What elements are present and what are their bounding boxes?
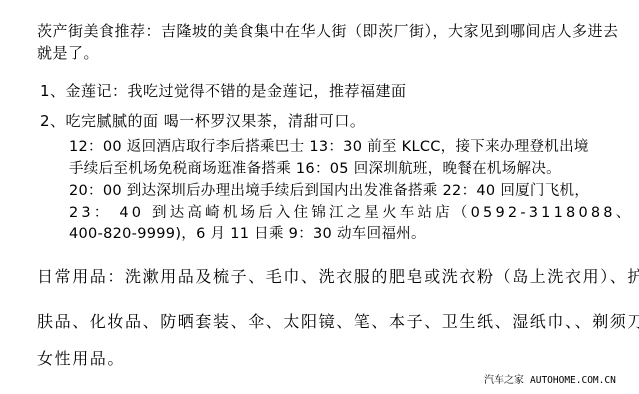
intro-line-2: 就是了。 bbox=[37, 44, 99, 62]
intro-line-1: 茨产街美食推荐：吉隆坡的美食集中在华人街（即茨厂街），大家见到哪间店人多进去 bbox=[37, 22, 619, 40]
daily-items-line-3: 女性用品。 bbox=[37, 350, 125, 368]
watermark: 汽车之家AUTOHOME.COM.CN bbox=[484, 375, 616, 387]
daily-items-line-2: 肤品、化妆品、防晒套装、伞、太阳镜、笔、本子、卫生纸、湿纸巾、、剃须刀、 bbox=[37, 313, 639, 331]
watermark-en: AUTOHOME.COM.CN bbox=[530, 375, 616, 386]
itinerary-line-4: 23： 40 到达高崎机场后入住锦江之星火车站店（0592-3118088、 bbox=[69, 204, 633, 222]
itinerary-line-2: 手续后至机场免税商场逛准备搭乘 16：05 回深圳航班，晚餐在机场解决。 bbox=[69, 160, 561, 178]
list-item-1: 1、金莲记：我吃过觉得不错的是金莲记，推荐福建面 bbox=[40, 82, 407, 100]
itinerary-line-3: 20：00 到达深圳后办理出境手续后到国内出发准备搭乘 22：40 回厦门飞机， bbox=[69, 182, 589, 200]
daily-items-line-1: 日常用品：洗漱用品及梳子、毛巾、洗衣服的肥皂或洗衣粉（岛上洗衣用）、护 bbox=[37, 268, 639, 286]
itinerary-line-5: 400-820-9999)，6 月 11 日乘 9：30 动车回福州。 bbox=[69, 225, 426, 243]
itinerary-line-1: 12：00 返回酒店取行李后搭乘巴士 13：30 前至 KLCC，接下来办理登机… bbox=[69, 138, 589, 156]
list-item-2: 2、吃完腻腻的面 喝一杯罗汉果茶，清甜可口。 bbox=[40, 112, 365, 130]
watermark-cn: 汽车之家 bbox=[484, 375, 524, 386]
